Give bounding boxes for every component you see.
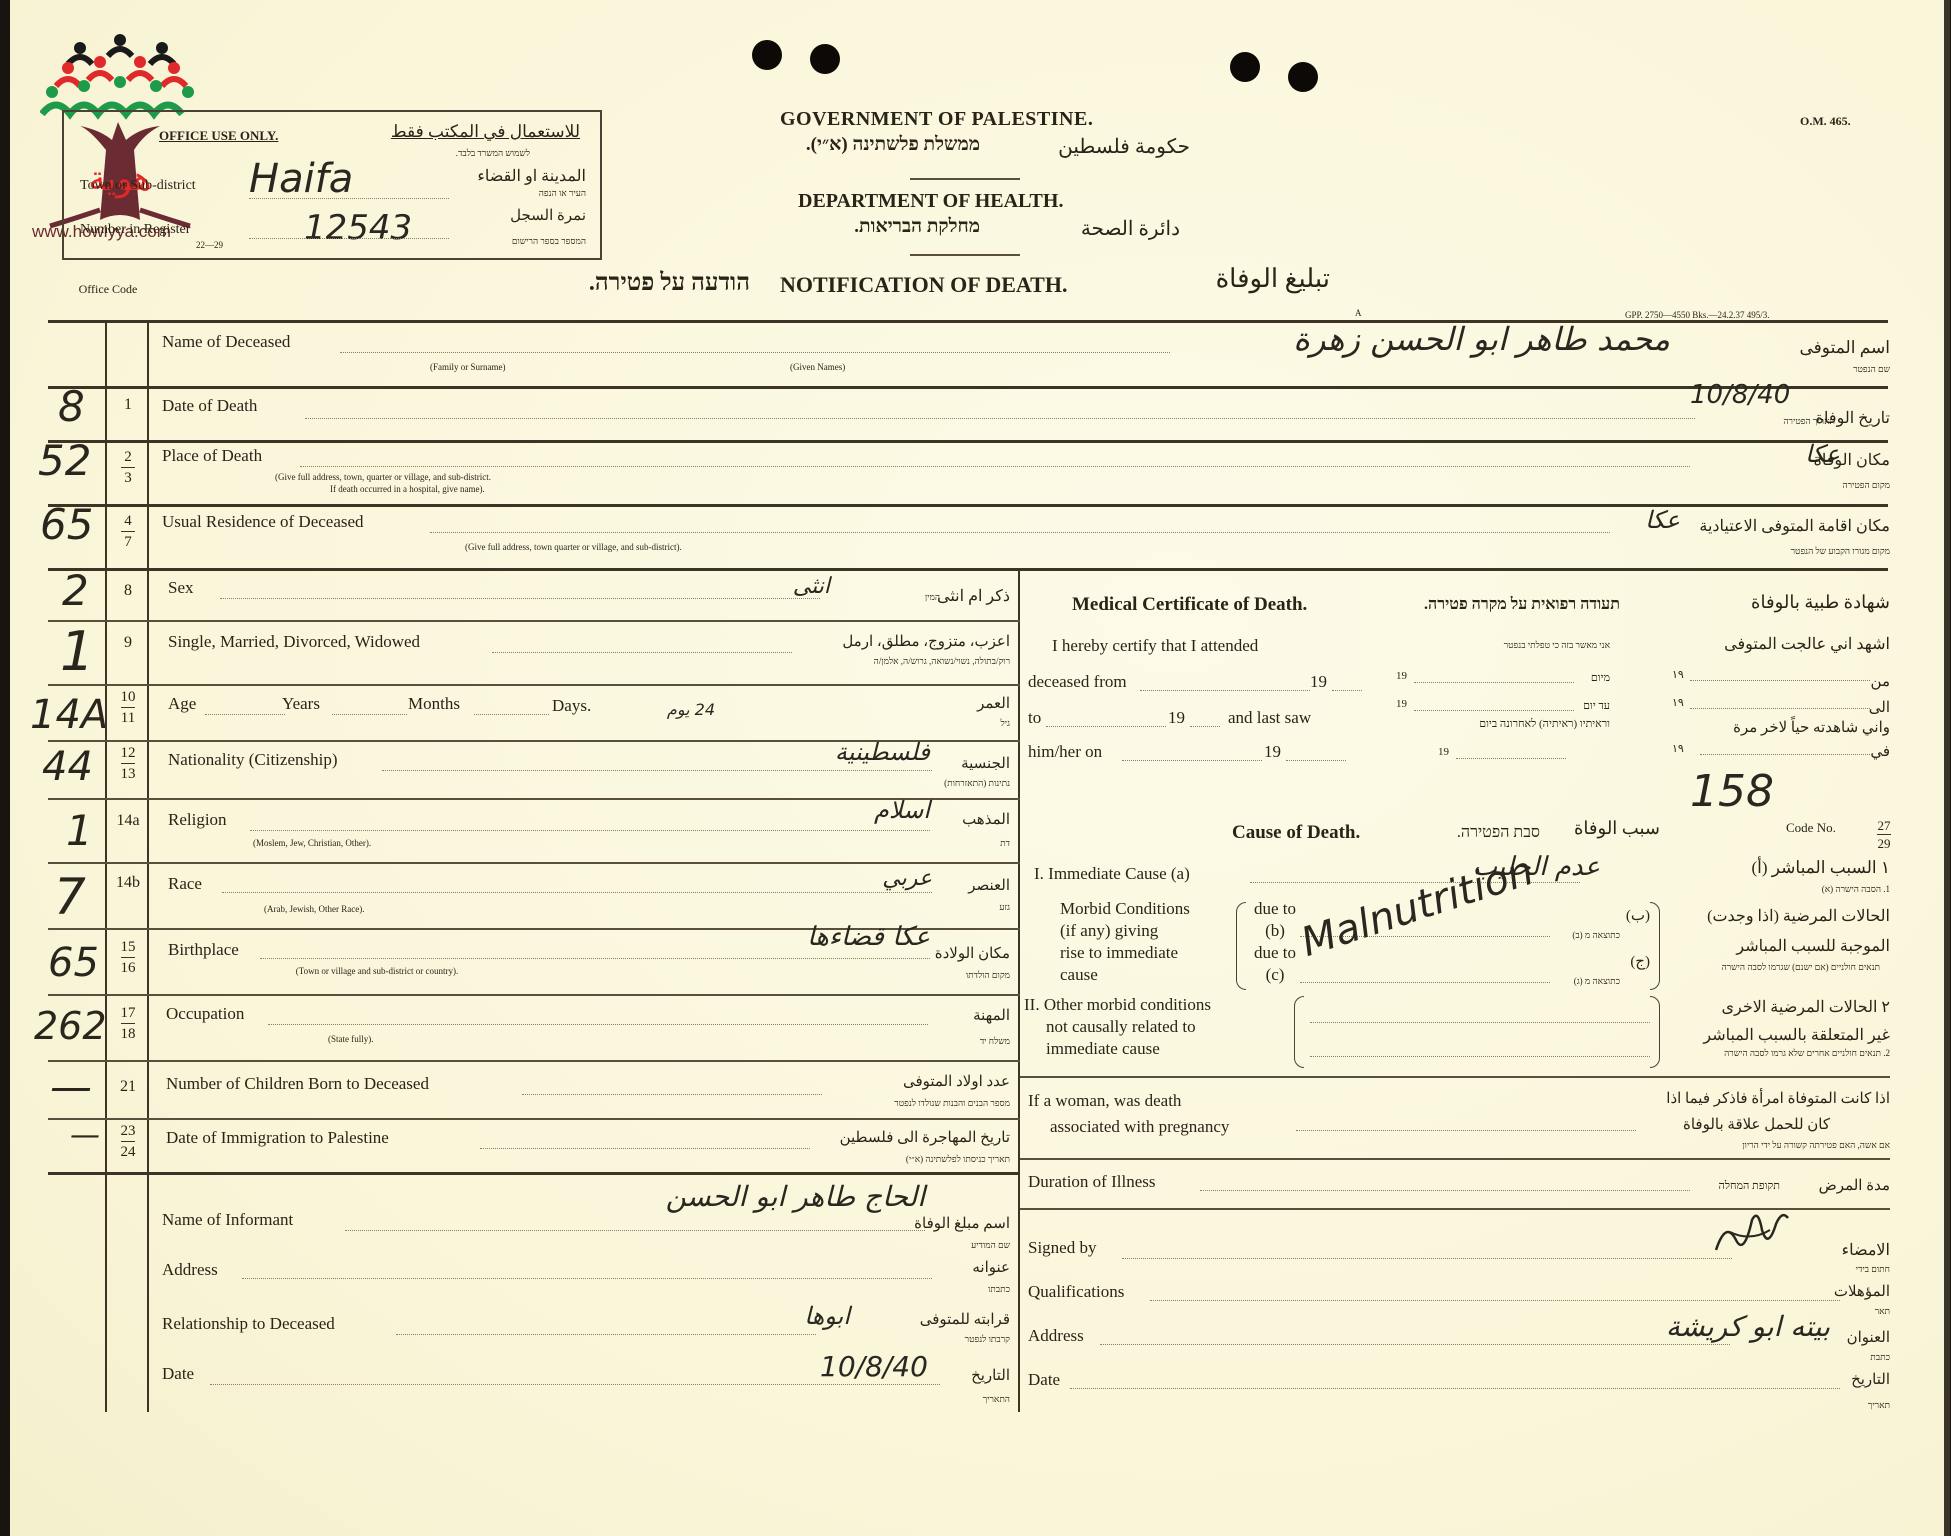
register-label: Number in Register — [80, 222, 190, 238]
signed-by-label-ar: الامضاء — [1842, 1240, 1890, 1260]
brace-right — [1650, 902, 1660, 990]
informant-relation-value[interactable]: ابوها — [804, 1302, 850, 1330]
from-year-ar: ١٩ — [1672, 668, 1684, 681]
last-saw-label: and last saw — [1228, 708, 1311, 728]
informant-date-label-ar: التاريخ — [971, 1366, 1010, 1385]
marital-label-ar: اعزب، متزوج، مطلق، ارمل — [842, 632, 1010, 651]
punch-hole — [752, 40, 782, 70]
signed-by-label-he: חתום בידי — [1856, 1264, 1890, 1274]
age-label-he: גיל — [1000, 718, 1010, 728]
register-label-ar: نمرة السجل — [510, 206, 586, 225]
place-of-death-label-ar: مكان الوفاة — [1813, 450, 1890, 470]
morbid-c-he: כתוצאה מ (ג) — [1540, 976, 1620, 986]
town-label-he: העיר או הנפה — [539, 188, 586, 198]
death-notification-form: هوية www.howiyya.com OFFICE USE ONLY. لل… — [10, 0, 1950, 1536]
to-label-ar: الى — [1869, 698, 1890, 717]
row-number-top: 4 — [124, 512, 132, 530]
residence-sub: (Give full address, town quarter or vill… — [465, 542, 682, 552]
other-morbid-label-he: 2. תנאים חולניים אחרים שלא גרמו לסבה היש… — [1690, 1048, 1890, 1058]
town-value[interactable]: Haifa — [249, 156, 353, 202]
birthplace-label-he: מקום הולדתו — [966, 970, 1010, 980]
from-year[interactable]: 19 — [1310, 672, 1327, 692]
immediate-cause-label: I. Immediate Cause (a) — [1034, 864, 1190, 884]
certify-text-ar: اشهد اني عالجت المتوفى — [1724, 634, 1890, 654]
print-reference: GPP. 2750—4550 Bks.—24.2.37 495/3. — [1625, 310, 1770, 320]
informant-name-label: Name of Informant — [162, 1210, 293, 1230]
race-value[interactable]: عربي — [882, 866, 932, 891]
occupation-label: Occupation — [166, 1004, 244, 1024]
code-mark: 8 — [58, 382, 85, 431]
morbid-c-ar: (ج) — [1620, 952, 1650, 971]
informant-date-label-he: התאריך — [983, 1394, 1010, 1404]
immigration-label-ar: تاريخ المهاجرة الى فلسطين — [840, 1128, 1010, 1147]
qualifications-label: Qualifications — [1028, 1282, 1124, 1302]
code-mark: 2 — [62, 566, 89, 615]
race-label-he: גזע — [999, 902, 1010, 912]
name-label: Name of Deceased — [162, 332, 290, 352]
date-of-death-label-he: תאריך הפטירה — [1783, 416, 1835, 426]
on-label-ar: في — [1870, 742, 1890, 761]
to-year-ar: ١٩ — [1672, 696, 1684, 709]
pregnancy-label-ar: اذا كانت المتوفاة امرأة فاذكر فيما اذا ك… — [1666, 1086, 1890, 1138]
row-number-top: 17 — [121, 1004, 136, 1022]
from-label: deceased from — [1028, 672, 1127, 692]
form-title-ar: تبليغ الوفاة — [1180, 264, 1330, 294]
doctor-address-value[interactable]: بيته ابو كريشة — [1666, 1310, 1830, 1343]
form-number: O.M. 465. — [1800, 114, 1851, 129]
doctor-date-label-ar: التاريخ — [1851, 1370, 1890, 1389]
on-year-he: 19 — [1438, 746, 1449, 758]
occupation-sub: (State fully). — [328, 1034, 374, 1044]
row-number: 14a — [110, 812, 146, 830]
occupation-label-ar: المهنة — [973, 1006, 1010, 1025]
marital-label-he: רוק/בתולה, נשוי/נשואה, גרוש/ה, אלמן/ה — [874, 656, 1010, 666]
other-morbid-label-ar: ٢ الحالات المرضية الاخرى غير المتعلقة با… — [1703, 994, 1890, 1050]
informant-address-label: Address — [162, 1260, 218, 1280]
code-no-top: 27 — [1878, 818, 1891, 833]
cause-title-ar: سبب الوفاة — [1550, 818, 1660, 839]
cause-title: Cause of Death. — [1232, 822, 1360, 844]
residence-value[interactable]: عكا — [1645, 506, 1680, 534]
from-label-he: מיום — [1576, 672, 1610, 684]
government-title-ar: حكومة فلسطين — [1030, 134, 1190, 159]
row-number-top: 15 — [121, 938, 136, 956]
office-use-box: OFFICE USE ONLY. للاستعمال في المكتب فقط… — [62, 110, 602, 260]
row-number-bottom: 16 — [121, 959, 136, 977]
age-label: Age — [168, 694, 196, 714]
brace-left-2 — [1294, 996, 1304, 1068]
row-number-bottom: 7 — [124, 533, 132, 551]
punch-hole — [810, 44, 840, 74]
place-of-death-sub1: (Give full address, town, quarter or vil… — [275, 472, 491, 482]
signature-icon[interactable] — [1712, 1210, 1792, 1258]
punch-hole — [1230, 52, 1260, 82]
certify-text-he: אני מאשר בזה כי טפלתי בנפטר — [1390, 640, 1610, 650]
on-label: him/her on — [1028, 742, 1102, 762]
doctor-address-label: Address — [1028, 1326, 1084, 1346]
row-number: 21 — [110, 1078, 146, 1096]
department-title-ar: دائرة الصحة — [1030, 216, 1180, 241]
code-mark: 65 — [40, 500, 93, 549]
signed-by-label: Signed by — [1028, 1238, 1096, 1258]
informant-date-value[interactable]: 10/8/40 — [820, 1350, 928, 1383]
sex-label-he: המין — [925, 592, 940, 602]
race-label: Race — [168, 874, 202, 894]
register-sub: 22—29 — [196, 240, 223, 250]
page-edge — [1944, 0, 1950, 1536]
religion-label-ar: المذهب — [962, 810, 1010, 829]
age-label-ar: العمر — [977, 694, 1010, 713]
occupation-label-he: משלח יד — [980, 1036, 1010, 1046]
code-mark: 1 — [60, 620, 94, 683]
informant-name-label-ar: اسم مبلغ الوفاة — [914, 1214, 1010, 1233]
office-use-title: OFFICE USE ONLY. — [159, 128, 278, 144]
nationality-value[interactable]: فلسطينية — [835, 738, 930, 766]
morbid-b-he: כתוצאה מ (ב) — [1540, 930, 1620, 940]
pregnancy-label: If a woman, was death associated with pr… — [1028, 1088, 1229, 1140]
informant-address-label-ar: عنوانه — [972, 1258, 1010, 1277]
register-value[interactable]: 12543 — [304, 208, 412, 248]
race-sub: (Arab, Jewish, Other Race). — [264, 904, 364, 914]
name-sub-given: (Given Names) — [790, 362, 845, 372]
informant-name-label-he: שם המודיע — [971, 1240, 1010, 1250]
place-of-death-label-he: מקום הפטירה — [1842, 480, 1890, 490]
age-months-label: Months — [408, 694, 460, 714]
row-number: 8 — [110, 582, 146, 600]
informant-date-label: Date — [162, 1364, 194, 1384]
children-label-ar: عدد اولاد المتوفى — [903, 1072, 1010, 1091]
town-label: Town or Sub-district — [80, 178, 196, 194]
row-number-bottom: 18 — [121, 1025, 136, 1043]
code-mark: — — [50, 1062, 92, 1111]
residence-label: Usual Residence of Deceased — [162, 512, 364, 532]
date-of-death-label: Date of Death — [162, 396, 257, 416]
informant-relation-label-he: קרבתו לנפטר — [965, 1334, 1010, 1344]
medical-cert-title-ar: شهادة طبية بالوفاة — [1751, 592, 1890, 613]
to-year-he: 19 — [1396, 698, 1407, 710]
row-number-top: 2 — [124, 448, 132, 466]
sex-value[interactable]: انثى — [793, 574, 830, 599]
to-label: to — [1028, 708, 1041, 728]
marital-label: Single, Married, Divorced, Widowed — [168, 632, 420, 652]
government-title: GOVERNMENT OF PALESTINE. — [780, 108, 1093, 131]
on-year-ar: ١٩ — [1672, 742, 1684, 755]
department-title: DEPARTMENT OF HEALTH. — [798, 190, 1063, 213]
morbid-label-ar: الحالات المرضية (اذا وجدت) الموجبة للسبب… — [1707, 902, 1890, 962]
code-mark: 44 — [42, 744, 93, 790]
brace-left — [1236, 902, 1246, 990]
name-sub-family: (Family or Surname) — [430, 362, 506, 372]
other-morbid-label: II. Other morbid conditions not causally… — [1024, 994, 1211, 1060]
from-year-he: 19 — [1396, 670, 1407, 682]
row-number: 14b — [110, 874, 146, 892]
place-of-death-sub2: If death occurred in a hospital, give na… — [330, 484, 485, 494]
immigration-label-he: תאריך כניסתו לפלשתינה (א״י) — [906, 1154, 1010, 1164]
sex-label-ar: ذكر ام انثى — [937, 586, 1010, 606]
residence-label-he: מקום מגורו הקבוע של הנפטר — [1791, 546, 1890, 556]
duration-label-ar: مدة المرض — [1819, 1176, 1890, 1195]
informant-relation-label: Relationship to Deceased — [162, 1314, 335, 1334]
code-mark: 65 — [48, 940, 99, 986]
code-no-label: Code No. — [1786, 820, 1836, 836]
row-number-top: 12 — [121, 744, 136, 762]
race-label-ar: العنصر — [968, 876, 1010, 895]
date-of-death-value[interactable]: 10/8/40 — [1690, 380, 1790, 410]
doctor-date-label-he: תאריך — [1868, 1400, 1890, 1410]
medical-cert-title-he: תעודה רפואית על מקרה פטירה. — [1390, 596, 1620, 614]
age-years-label: Years — [282, 694, 320, 714]
due-to-b: due to (b) due to (c) — [1254, 898, 1296, 986]
medical-cert-title: Medical Certificate of Death. — [1072, 594, 1307, 616]
sex-label: Sex — [168, 578, 194, 598]
code-mark: 14A — [30, 692, 108, 738]
code-mark: — — [70, 1118, 100, 1153]
doctor-date-label: Date — [1028, 1370, 1060, 1390]
last-saw-label-he: וראיתיו (ראיתיה) לאחרונה ביום — [1390, 718, 1610, 730]
religion-label: Religion — [168, 810, 227, 830]
office-code-label: Office Code — [78, 282, 138, 297]
nationality-label-he: נתינות (התאזרחות) — [944, 778, 1010, 788]
doctor-address-label-ar: العنوان — [1847, 1328, 1890, 1347]
row-number: 1 — [110, 396, 146, 414]
immigration-label: Date of Immigration to Palestine — [166, 1128, 389, 1148]
birthplace-label-ar: مكان الولادة — [935, 944, 1010, 963]
certify-text: I hereby certify that I attended — [1052, 636, 1258, 656]
duration-label-he: תקופת המחלה — [1710, 1180, 1780, 1192]
birthplace-value[interactable]: عكا قضاءها — [807, 922, 930, 952]
department-title-he: מחלקת הבריאות. — [750, 216, 980, 238]
doctor-address-label-he: כתבת — [1870, 1352, 1890, 1362]
medical-mark: 158 — [1690, 766, 1774, 817]
register-label-he: המספר בספר הרישום — [512, 236, 586, 246]
on-year[interactable]: 19 — [1264, 742, 1281, 762]
row-number-top: 10 — [121, 688, 136, 706]
row-number-bottom: 11 — [121, 709, 135, 727]
row-number-bottom: 13 — [121, 765, 136, 783]
code-mark: 1 — [66, 806, 93, 855]
religion-label-he: דת — [1000, 838, 1010, 848]
informant-relation-label-ar: قرابته للمتوفى — [920, 1310, 1010, 1329]
deceased-name-value[interactable]: محمد طاهر ابو الحسن زهرة — [1160, 320, 1670, 358]
qualifications-label-ar: المؤهلات — [1834, 1282, 1890, 1301]
town-label-ar: المدينة او القضاء — [477, 166, 586, 186]
to-year[interactable]: 19 — [1168, 708, 1185, 728]
birthplace-sub: (Town or village and sub-district or cou… — [262, 966, 492, 976]
nationality-label: Nationality (Citizenship) — [168, 750, 338, 770]
form-title: NOTIFICATION OF DEATH. — [780, 272, 1067, 298]
qualifications-label-he: תאר — [1875, 1306, 1890, 1316]
morbid-label-he: תנאים חולניים (אם ישנם) שגרמו לסבה הישרה — [1690, 962, 1880, 972]
code-mark: 7 — [54, 868, 86, 926]
pregnancy-label-he: אם אשה, האם פטירתה קשורה על ידי הריון — [1742, 1140, 1890, 1150]
office-use-title-he: לשמוש המשרד בלבד. — [456, 148, 530, 158]
religion-value[interactable]: اسلام — [874, 796, 930, 824]
from-label-ar: من — [1871, 672, 1890, 691]
residence-label-ar: مكان اقامة المتوفى الاعتيادية — [1699, 516, 1890, 536]
mark-a: A — [1355, 308, 1362, 318]
brace-right-2 — [1650, 996, 1660, 1068]
punch-hole — [1288, 62, 1318, 92]
row-number-bottom: 24 — [121, 1143, 136, 1161]
form-title-he: הודעה על פטירה. — [510, 270, 750, 297]
row-number-bottom: 3 — [124, 469, 132, 487]
code-mark: 262 — [34, 1004, 107, 1048]
age-days-label: Days. — [552, 696, 591, 716]
nationality-label-ar: الجنسية — [961, 754, 1010, 773]
immediate-cause-label-he: 1. הסבה הישרה (א) — [1822, 884, 1890, 894]
government-title-he: ממשלת פלשתינה (א״י). — [750, 134, 980, 156]
religion-sub: (Moslem, Jew, Christian, Other). — [253, 838, 371, 848]
code-no-bottom: 29 — [1878, 836, 1891, 851]
duration-label: Duration of Illness — [1028, 1172, 1155, 1192]
last-saw-label-ar: واني شاهدته حياً لاخر مرة — [1733, 718, 1890, 737]
informant-address-label-he: כתבתו — [988, 1284, 1010, 1294]
immediate-cause-label-ar: ١ السبب المباشر (أ) — [1752, 858, 1891, 878]
morbid-value[interactable]: Malnutrition — [1296, 848, 1539, 966]
row-number-top: 23 — [121, 1122, 136, 1140]
name-label-ar: اسم المتوفى — [1800, 338, 1890, 358]
children-label: Number of Children Born to Deceased — [166, 1074, 429, 1094]
code-mark: 52 — [38, 436, 91, 485]
children-label-he: מספר הבנים והבנות שנולדו לנפטר — [894, 1098, 1010, 1108]
age-value[interactable]: 24 يوم — [667, 700, 715, 719]
row-number: 9 — [110, 634, 146, 652]
name-label-he: שם הנפטר — [1853, 364, 1890, 374]
birthplace-label: Birthplace — [168, 940, 239, 960]
morbid-label: Morbid Conditions (if any) giving rise t… — [1060, 898, 1190, 986]
to-label-he: עד יום — [1560, 700, 1610, 712]
informant-name-value[interactable]: الحاج طاهر ابو الحسن — [666, 1180, 925, 1213]
cause-title-he: סבת הפטירה. — [1420, 824, 1540, 842]
morbid-b-ar: (ب) — [1620, 906, 1650, 925]
office-use-title-ar: للاستعمال في المكتب فقط — [391, 122, 580, 142]
place-of-death-label: Place of Death — [162, 446, 262, 466]
